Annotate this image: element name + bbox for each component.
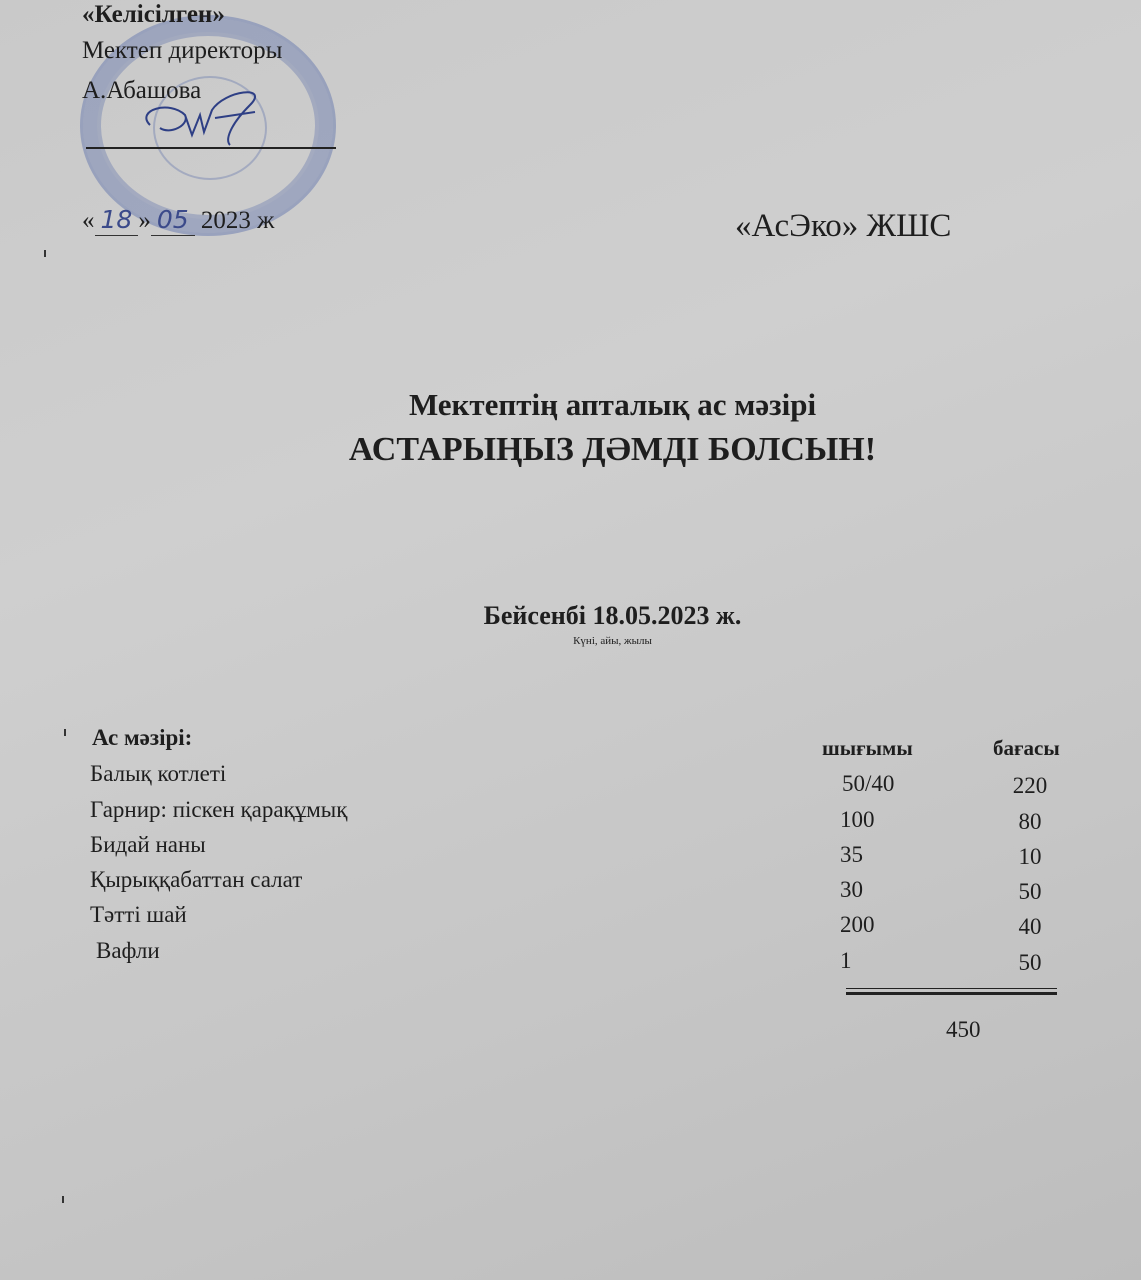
menu-item-yield: 200 <box>840 911 875 939</box>
date-quote-open: « <box>82 207 95 234</box>
menu-item-name: Тәтті шай <box>90 901 187 929</box>
menu-item-price: 80 <box>990 808 1070 836</box>
signature-line <box>86 147 336 149</box>
approval-heading: «Келісілген» <box>82 0 225 30</box>
menu-day: Бейсенбі 18.05.2023 ж. <box>0 600 1141 632</box>
menu-item-name: Қырыққабаттан салат <box>90 866 302 894</box>
date-year: 2023 ж <box>201 207 275 234</box>
menu-item-yield: 1 <box>840 947 852 975</box>
menu-greeting: АСТАРЫҢЫЗ ДӘМДІ БОЛСЫН! <box>0 428 1141 472</box>
menu-item-name: Бидай наны <box>90 831 206 859</box>
date-month: 05 <box>151 205 195 236</box>
approval-role: Мектеп директоры <box>82 36 282 66</box>
column-header-yield: шығымы <box>822 736 913 761</box>
paper-mark <box>44 250 46 257</box>
menu-item-name: Вафли <box>96 937 160 965</box>
date-quote-close: » <box>138 207 151 234</box>
menu-title: Мектептің апталық ас мәзірі <box>0 385 1141 425</box>
menu-item-name: Гарнир: піскен қарақұмық <box>90 796 347 824</box>
menu-item-yield: 35 <box>840 841 863 869</box>
date-day: 18 <box>95 205 139 236</box>
menu-item-price: 10 <box>990 843 1070 871</box>
menu-label: Ас мәзірі: <box>92 724 192 752</box>
menu-item-yield: 30 <box>840 876 863 904</box>
menu-item-price: 50 <box>990 878 1070 906</box>
menu-item-yield: 100 <box>840 806 875 834</box>
menu-item-name: Балық котлеті <box>90 760 226 788</box>
signature <box>130 80 280 150</box>
company-name: «АсЭко» ЖШС <box>735 206 951 246</box>
menu-item-price: 50 <box>990 949 1070 977</box>
menu-item-price: 220 <box>990 772 1070 800</box>
approval-date: «18»05 2023 ж <box>82 205 274 236</box>
paper-mark <box>62 1196 64 1203</box>
paper-mark <box>64 729 66 736</box>
menu-total: 450 <box>946 1016 981 1044</box>
column-header-price: бағасы <box>993 736 1060 761</box>
total-rule <box>846 988 1057 995</box>
menu-item-yield: 50/40 <box>842 770 894 798</box>
menu-item-price: 40 <box>990 913 1070 941</box>
menu-day-caption: Күні, айы, жылы <box>0 634 1141 648</box>
